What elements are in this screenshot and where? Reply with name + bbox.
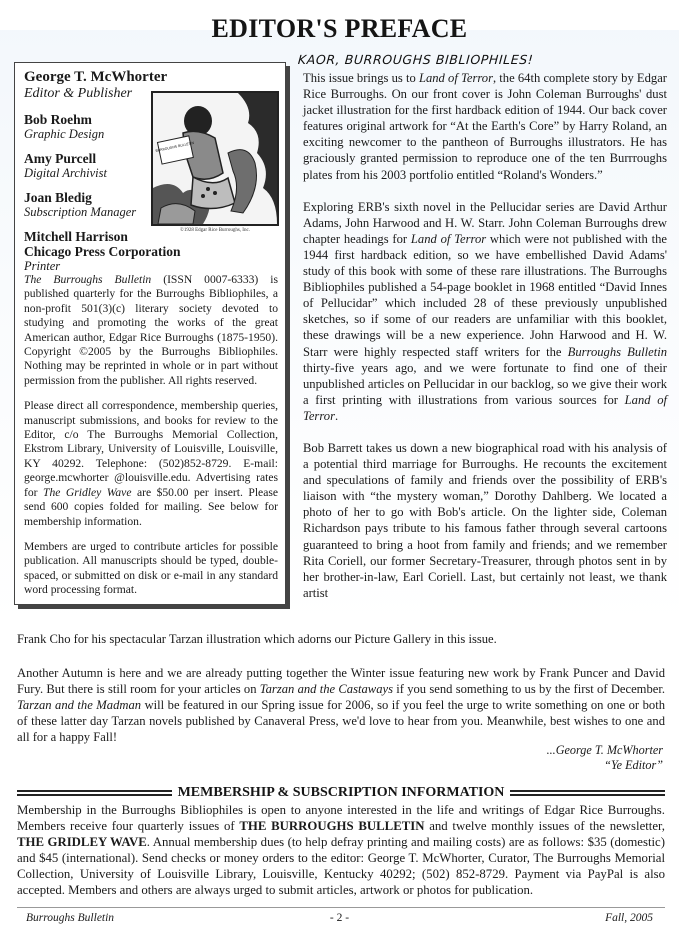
preface-paragraph-3-tail: Frank Cho for his spectacular Tarzan ill…	[17, 631, 665, 647]
tarzan-illustration: BURROUGHS BULLETIN	[151, 91, 279, 226]
divider-left	[17, 790, 172, 796]
divider-right	[510, 790, 665, 796]
footer-page-number: - 2 -	[0, 912, 679, 924]
editor-signoff: ...George T. McWhorter “Ye Editor”	[363, 743, 663, 773]
preface-paragraph-3: Bob Barrett takes us down a new biograph…	[303, 440, 667, 601]
preface-paragraph-4: Another Autumn is here and we are alread…	[17, 665, 665, 745]
membership-paragraph: Membership in the Burroughs Bibliophiles…	[17, 802, 665, 898]
submissions-paragraph: Members are urged to contribute articles…	[24, 540, 278, 598]
staff-company: Chicago Press Corporation	[24, 244, 277, 259]
footer-issue: Fall, 2005	[605, 912, 653, 924]
staff-role: Printer	[24, 259, 277, 273]
signoff-name: ...George T. McWhorter	[363, 743, 663, 758]
preface-right-column: This issue brings us to Land of Terror, …	[303, 70, 667, 617]
masthead-box: George T. McWhorter Editor & Publisher B…	[14, 62, 286, 605]
membership-header: MEMBERSHIP & SUBSCRIPTION INFORMATION	[17, 784, 665, 802]
staff-entry-printer: Mitchell Harrison Chicago Press Corporat…	[24, 229, 277, 273]
footer-divider	[17, 907, 665, 908]
tarzan-drawing-icon: BURROUGHS BULLETIN	[153, 93, 277, 224]
preface-paragraph-1: This issue brings us to Land of Terror, …	[303, 70, 667, 183]
publication-info-paragraph: The Burroughs Bulletin (ISSN 0007-6333) …	[24, 273, 278, 388]
membership-title: MEMBERSHIP & SUBSCRIPTION INFORMATION	[172, 785, 511, 801]
signoff-title: “Ye Editor”	[363, 758, 663, 773]
greeting-heading: KAOR, BURROUGHS BIBLIOPHILES!	[297, 52, 534, 67]
contact-info-paragraph: Please direct all correspondence, member…	[24, 399, 278, 529]
staff-name: George T. McWhorter	[24, 69, 277, 86]
preface-paragraph-2: Exploring ERB's sixth novel in the Pellu…	[303, 199, 667, 424]
illustration-caption: ©1928 Edgar Rice Burroughs, Inc.	[151, 228, 279, 233]
masthead-paragraphs: The Burroughs Bulletin (ISSN 0007-6333) …	[24, 273, 278, 609]
page-title: EDITOR'S PREFACE	[0, 14, 679, 44]
